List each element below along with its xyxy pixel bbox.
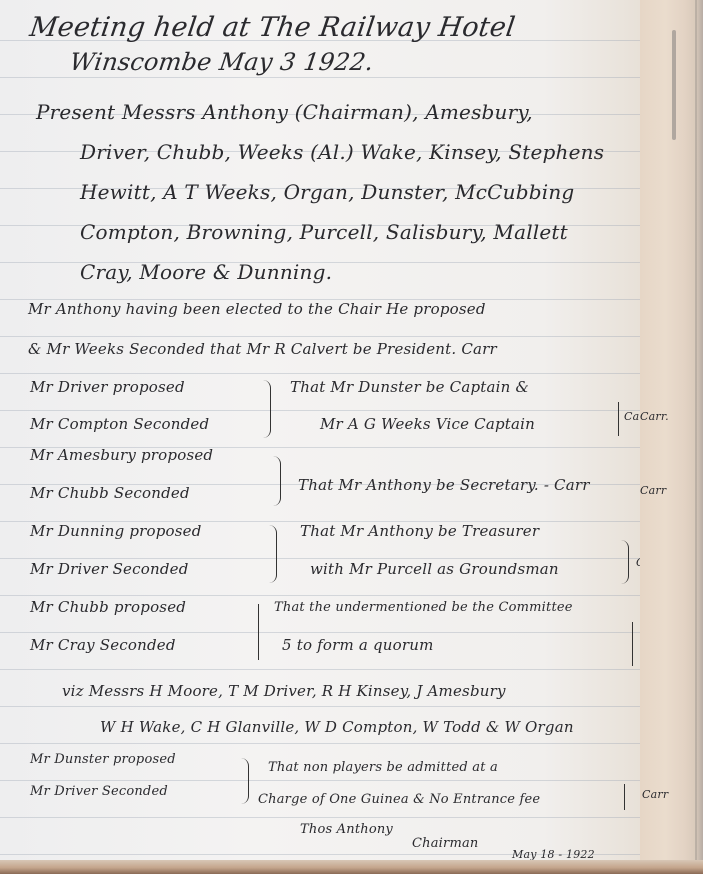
bracket: [262, 380, 271, 438]
resolution-proposer: Mr Driver proposed: [30, 378, 185, 396]
bracket: [624, 784, 625, 810]
resolution-seconder: Mr Driver Seconded: [30, 784, 168, 799]
book-binding-edge: Carr. Carr Carr: [640, 0, 703, 874]
resolution-motion: That Mr Anthony be Secretary. - Carr: [298, 476, 590, 494]
opening-line: & Mr Weeks Seconded that Mr R Calvert be…: [28, 340, 497, 358]
bracket: [620, 540, 629, 584]
meeting-heading: Meeting held at The Railway Hotel: [28, 12, 517, 43]
bracket: [240, 758, 249, 804]
resolution-motion: Mr A G Weeks Vice Captain: [320, 415, 535, 433]
signature-name: Thos Anthony: [300, 822, 393, 837]
bracket: [268, 525, 277, 583]
attendance-line: Cray, Moore & Dunning.: [80, 260, 332, 284]
binding-spine: [695, 0, 697, 874]
resolution-seconder: Mr Cray Seconded: [30, 636, 176, 654]
resolution-proposer: Mr Amesbury proposed: [30, 446, 213, 464]
resolution-result: Carr: [640, 484, 666, 497]
resolution-seconder: Mr Chubb Seconded: [30, 484, 190, 502]
committee-line: W H Wake, C H Glanville, W D Compton, W …: [100, 718, 574, 736]
resolution-motion: Charge of One Guinea & No Entrance fee: [258, 792, 540, 807]
binding-stain: [672, 30, 676, 140]
resolution-motion: with Mr Purcell as Groundsman: [310, 560, 559, 578]
page-bottom-edge: [0, 860, 703, 874]
minute-book-page: Meeting held at The Railway Hotel Winsco…: [0, 0, 640, 860]
resolution-proposer: Mr Dunster proposed: [30, 752, 176, 767]
meeting-place-date: Winscombe May 3 1922.: [68, 48, 375, 76]
resolution-proposer: Mr Dunning proposed: [30, 522, 202, 540]
attendance-line: Hewitt, A T Weeks, Organ, Dunster, McCub…: [80, 180, 574, 204]
resolution-seconder: Mr Driver Seconded: [30, 560, 189, 578]
resolution-result: Carr.: [640, 410, 669, 423]
resolution-motion: That Mr Anthony be Treasurer: [300, 522, 539, 540]
resolution-result: Carr: [642, 788, 668, 801]
bracket: [632, 622, 633, 666]
resolution-proposer: Mr Chubb proposed: [30, 598, 186, 616]
resolution-motion: 5 to form a quorum: [282, 636, 434, 654]
attendance-line: Compton, Browning, Purcell, Salisbury, M…: [80, 220, 568, 244]
bracket: [258, 604, 259, 660]
resolution-seconder: Mr Compton Seconded: [30, 415, 209, 433]
signature-title: Chairman: [412, 836, 479, 851]
resolution-motion: That Mr Dunster be Captain &: [290, 378, 529, 396]
attendance-line: Present Messrs Anthony (Chairman), Amesb…: [36, 100, 533, 124]
bracket: [618, 402, 619, 436]
resolution-motion: That the undermentioned be the Committee: [274, 600, 573, 615]
committee-line: viz Messrs H Moore, T M Driver, R H Kins…: [62, 682, 506, 700]
attendance-line: Driver, Chubb, Weeks (Al.) Wake, Kinsey,…: [80, 140, 604, 164]
resolution-motion: That non players be admitted at a: [268, 760, 498, 775]
bracket: [272, 456, 281, 506]
opening-line: Mr Anthony having been elected to the Ch…: [28, 300, 486, 318]
